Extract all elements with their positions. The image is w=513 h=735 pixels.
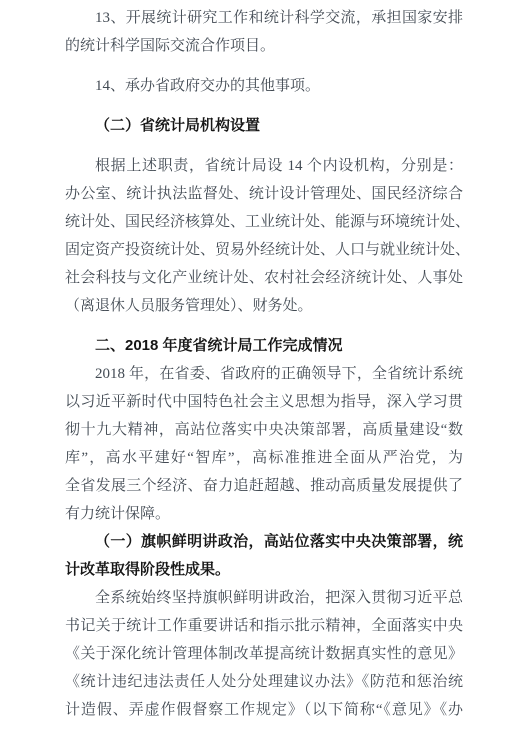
text-line: 库”，高水平建好“智库”，高标准推进全面从严治党，为 bbox=[65, 444, 463, 472]
section-heading: （二）省统计局机构设置 bbox=[65, 112, 463, 140]
text-line: 13、开展统计研究工作和统计科学交流，承担国家安排 bbox=[65, 4, 463, 32]
text-line: 彻十九大精神，高站位落实中央决策部署，高质量建设“数 bbox=[65, 416, 463, 444]
text-line: 二、2018 年度省统计局工作完成情况 bbox=[65, 332, 463, 360]
text-line: 有力统计保障。 bbox=[65, 500, 463, 528]
text-line: 社会科技与文化产业统计处、农村社会经济统计处、人事处 bbox=[65, 264, 463, 292]
body-paragraph: 14、承办省政府交办的其他事项。 bbox=[65, 72, 463, 100]
body-paragraph: 2018 年，在省委、省政府的正确领导下，全省统计系统以习近平新时代中国特色社会… bbox=[65, 360, 463, 528]
section-heading: （一）旗帜鲜明讲政治，高站位落实中央决策部署，统计改革取得阶段性成果。 bbox=[65, 528, 463, 584]
text-line: 全系统始终坚持旗帜鲜明讲政治，把深入贯彻习近平总 bbox=[65, 584, 463, 612]
text-line: 固定资产投资统计处、贸易外经统计处、人口与就业统计处、 bbox=[65, 236, 463, 264]
body-paragraph: 全系统始终坚持旗帜鲜明讲政治，把深入贯彻习近平总书记关于统计工作重要讲话和指示批… bbox=[65, 584, 463, 724]
text-line: 计改革取得阶段性成果。 bbox=[65, 556, 463, 584]
text-line: （离退休人员服务管理处）、财务处。 bbox=[65, 292, 463, 320]
body-paragraph: 13、开展统计研究工作和统计科学交流，承担国家安排的统计科学国际交流合作项目。 bbox=[65, 4, 463, 60]
text-line: 统计处、国民经济核算处、工业统计处、能源与环境统计处、 bbox=[65, 208, 463, 236]
text-line: （二）省统计局机构设置 bbox=[65, 112, 463, 140]
text-line: 2018 年，在省委、省政府的正确领导下，全省统计系统 bbox=[65, 360, 463, 388]
text-line: 全省发展三个经济、奋力追赶超越、推动高质量发展提供了 bbox=[65, 472, 463, 500]
text-line: （一）旗帜鲜明讲政治，高站位落实中央决策部署，统 bbox=[65, 528, 463, 556]
text-line: 根据上述职责，省统计局设 14 个内设机构，分别是： bbox=[65, 152, 463, 180]
text-line: 计造假、弄虚作假督察工作规定》（以下简称“《意见》《办 bbox=[65, 696, 463, 724]
text-line: 以习近平新时代中国特色社会主义思想为指导，深入学习贯 bbox=[65, 388, 463, 416]
body-paragraph: 根据上述职责，省统计局设 14 个内设机构，分别是：办公室、统计执法监督处、统计… bbox=[65, 152, 463, 320]
text-line: 书记关于统计工作重要讲话和指示批示精神，全面落实中央 bbox=[65, 612, 463, 640]
text-line: 的统计科学国际交流合作项目。 bbox=[65, 32, 463, 60]
text-line: 办公室、统计执法监督处、统计设计管理处、国民经济综合 bbox=[65, 180, 463, 208]
document-page: 13、开展统计研究工作和统计科学交流，承担国家安排的统计科学国际交流合作项目。1… bbox=[0, 0, 513, 735]
text-line: 《统计违纪违法责任人处分处理建议办法》《防范和惩治统 bbox=[65, 668, 463, 696]
text-line: 14、承办省政府交办的其他事项。 bbox=[65, 72, 463, 100]
section-heading: 二、2018 年度省统计局工作完成情况 bbox=[65, 332, 463, 360]
text-line: 《关于深化统计管理体制改革提高统计数据真实性的意见》 bbox=[65, 640, 463, 668]
